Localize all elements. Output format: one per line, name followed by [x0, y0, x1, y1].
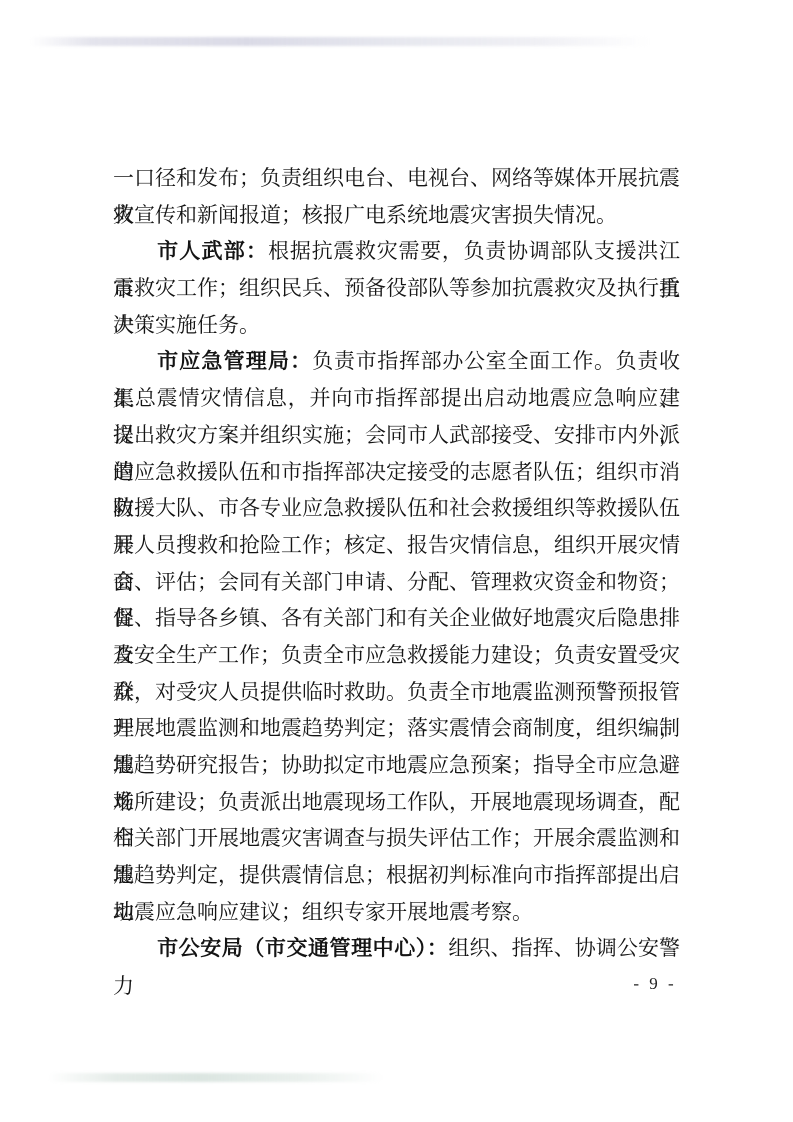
text-line: 一口径和发布；负责组织电台、电视台、网络等媒体开展抗震救 [113, 160, 680, 197]
text-run: 决策实施任务。 [113, 313, 260, 337]
text-line: 场所建设；负责派出地震现场工作队，开展地震现场调查，配合 [113, 784, 680, 821]
section-heading: 市公安局（市交通管理中心）： [157, 937, 448, 960]
text-line: 开展地震监测和地震趋势判定；落实震情会商制度，组织编制地 [113, 710, 680, 747]
text-line: 相关部门开展地震灾害调查与损失评估工作；开展余震监测和地 [113, 820, 680, 857]
text-line: 市公安局（市交通管理中心）：组织、指挥、协调公安警力 [113, 930, 680, 967]
section-heading: 市人武部： [157, 240, 268, 263]
text-line: 商、评估；会同有关部门申请、分配、管理救灾资金和物资；督 [113, 564, 680, 601]
text-line: 灾宣传和新闻报道；核报广电系统地震灾害损失情况。 [113, 197, 680, 234]
document-lines: 一口径和发布；负责组织电台、电视台、网络等媒体开展抗震救灾宣传和新闻报道；核报广… [113, 160, 680, 967]
text-line: 震趋势判定，提供震情信息；根据初判标准向市指挥部提出启动 [113, 857, 680, 894]
scan-artifact-smudge-bottom [48, 1073, 383, 1082]
text-line: 地震应急响应建议；组织专家开展地震考察。 [113, 894, 680, 931]
text-line: 众，对受灾人员提供临时救助。负责全市地震监测预警预报管理， [113, 674, 680, 711]
text-line: 市应急管理局：负责市指挥部办公室全面工作。负责收集、 [113, 343, 680, 380]
text-line: 救援大队、市各专业应急救援队伍和社会救援组织等救援队伍展 [113, 490, 680, 527]
scanned-document-page: 一口径和发布；负责组织电台、电视台、网络等媒体开展抗震救灾宣传和新闻报道；核报广… [0, 0, 793, 1122]
text-line: 汇总震情灾情信息，并向市指挥部提出启动地震应急响应建议， [113, 380, 680, 417]
document-body-text: 一口径和发布；负责组织电台、电视台、网络等媒体开展抗震救灾宣传和新闻报道；核报广… [113, 160, 680, 967]
text-line: 提出救灾方案并组织实施；会同市人武部接受、安排市内外派遣 [113, 417, 680, 454]
text-line: 震救灾工作；组织民兵、预备役部队等参加抗震救灾及执行重大 [113, 270, 680, 307]
text-line: 及安全生产工作；负责全市应急救援能力建设；负责安置受灾群 [113, 637, 680, 674]
text-line: 开人员搜救和抢险工作；核定、报告灾情信息，组织开展灾情会 [113, 527, 680, 564]
text-line: 促、指导各乡镇、各有关部门和有关企业做好地震灾后隐患排查 [113, 600, 680, 637]
text-line: 的应急救援队伍和市指挥部决定接受的志愿者队伍；组织市消防 [113, 454, 680, 491]
scan-artifact-smudge-top [30, 37, 650, 46]
page-number: - 9 - [630, 974, 680, 994]
text-line: 决策实施任务。 [113, 307, 680, 344]
text-line: 震趋势研究报告；协助拟定市地震应急预案；指导全市应急避难 [113, 747, 680, 784]
text-run: 灾宣传和新闻报道；核报广电系统地震灾害损失情况。 [113, 203, 617, 227]
text-run: 地震应急响应建议；组织专家开展地震考察。 [113, 900, 533, 924]
section-heading: 市应急管理局： [157, 350, 312, 373]
text-line: 市人武部：根据抗震救灾需要，负责协调部队支援洪江市抗 [113, 233, 680, 270]
